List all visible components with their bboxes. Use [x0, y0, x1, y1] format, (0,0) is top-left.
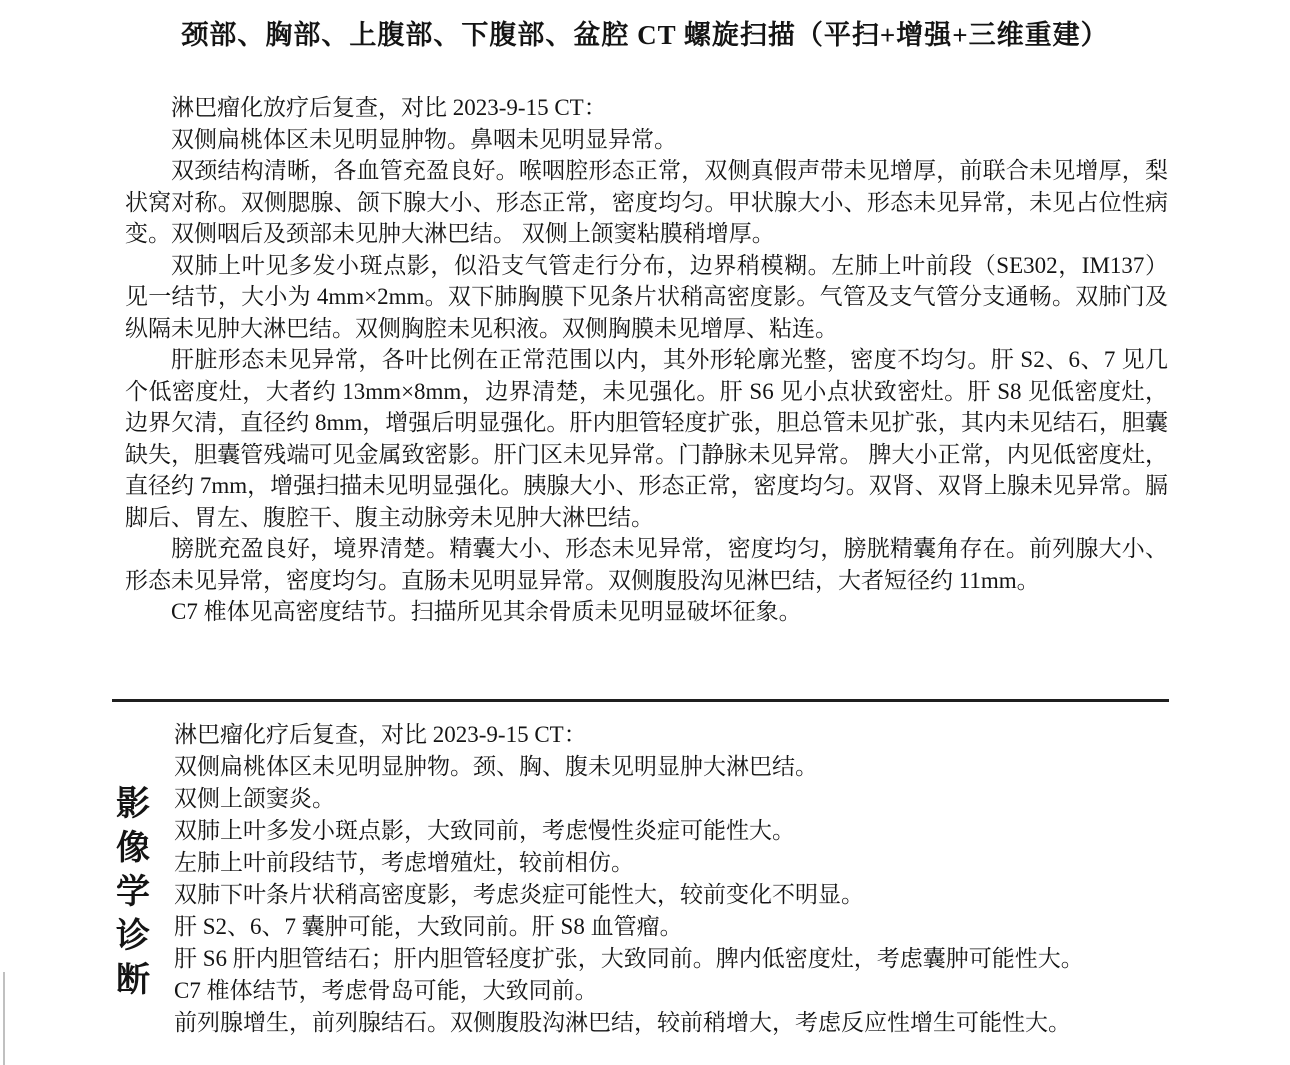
diagnosis-label-char: 诊	[116, 920, 150, 954]
findings-paragraph: 肝脏形态未见异常，各叶比例在正常范围以内，其外形轮廓光整，密度不均匀。肝 S2、…	[125, 344, 1168, 533]
diagnosis-line: 双侧上颌窦炎。	[174, 783, 1172, 815]
diagnosis-line: 双肺上叶多发小斑点影，大致同前，考虑慢性炎症可能性大。	[174, 815, 1172, 847]
page-title: 颈部、胸部、上腹部、下腹部、盆腔 CT 螺旋扫描（平扫+增强+三维重建）	[0, 0, 1290, 52]
diagnosis-label-char: 断	[116, 964, 150, 998]
findings-section: 淋巴瘤化放疗后复查，对比 2023-9-15 CT： 双侧扁桃体区未见明显肿物。…	[125, 92, 1168, 628]
diagnosis-line: 肝 S2、6、7 囊肿可能，大致同前。肝 S8 血管瘤。	[174, 911, 1172, 943]
diagnosis-line: 双肺下叶条片状稍高密度影，考虑炎症可能性大，较前变化不明显。	[174, 879, 1172, 911]
scan-edge-artifact	[3, 972, 5, 1065]
findings-paragraph: 淋巴瘤化放疗后复查，对比 2023-9-15 CT：	[125, 92, 1168, 124]
diagnosis-line: C7 椎体结节，考虑骨岛可能，大致同前。	[174, 975, 1172, 1007]
diagnosis-line: 前列腺增生，前列腺结石。双侧腹股沟淋巴结，较前稍增大，考虑反应性增生可能性大。	[174, 1007, 1172, 1039]
diagnosis-line: 肝 S6 肝内胆管结石；肝内胆管轻度扩张，大致同前。脾内低密度灶，考虑囊肿可能性…	[174, 943, 1172, 975]
diagnosis-label-char: 学	[116, 876, 150, 910]
findings-paragraph: 双颈结构清晰，各血管充盈良好。喉咽腔形态正常，双侧真假声带未见增厚，前联合未见增…	[125, 155, 1168, 250]
diagnosis-label-char: 影	[116, 788, 150, 822]
section-divider	[112, 699, 1169, 702]
diagnosis-section: 影 像 学 诊 断 淋巴瘤化疗后复查，对比 2023-9-15 CT： 双侧扁桃…	[116, 719, 1172, 1039]
findings-paragraph: 双肺上叶见多发小斑点影，似沿支气管走行分布，边界稍模糊。左肺上叶前段（SE302…	[125, 250, 1168, 345]
ct-report-document: 颈部、胸部、上腹部、下腹部、盆腔 CT 螺旋扫描（平扫+增强+三维重建） 淋巴瘤…	[0, 0, 1290, 1065]
diagnosis-line: 淋巴瘤化疗后复查，对比 2023-9-15 CT：	[174, 719, 1172, 751]
findings-paragraph: 双侧扁桃体区未见明显肿物。鼻咽未见明显异常。	[125, 124, 1168, 156]
diagnosis-line: 左肺上叶前段结节，考虑增殖灶，较前相仿。	[174, 847, 1172, 879]
diagnosis-label-char: 像	[116, 832, 150, 866]
diagnosis-line: 双侧扁桃体区未见明显肿物。颈、胸、腹未见明显肿大淋巴结。	[174, 751, 1172, 783]
findings-paragraph: C7 椎体见高密度结节。扫描所见其余骨质未见明显破坏征象。	[125, 596, 1168, 628]
findings-paragraph: 膀胱充盈良好，境界清楚。精囊大小、形态未见异常，密度均匀，膀胱精囊角存在。前列腺…	[125, 533, 1168, 596]
diagnosis-label: 影 像 学 诊 断	[116, 719, 174, 1039]
diagnosis-lines: 淋巴瘤化疗后复查，对比 2023-9-15 CT： 双侧扁桃体区未见明显肿物。颈…	[174, 719, 1172, 1039]
